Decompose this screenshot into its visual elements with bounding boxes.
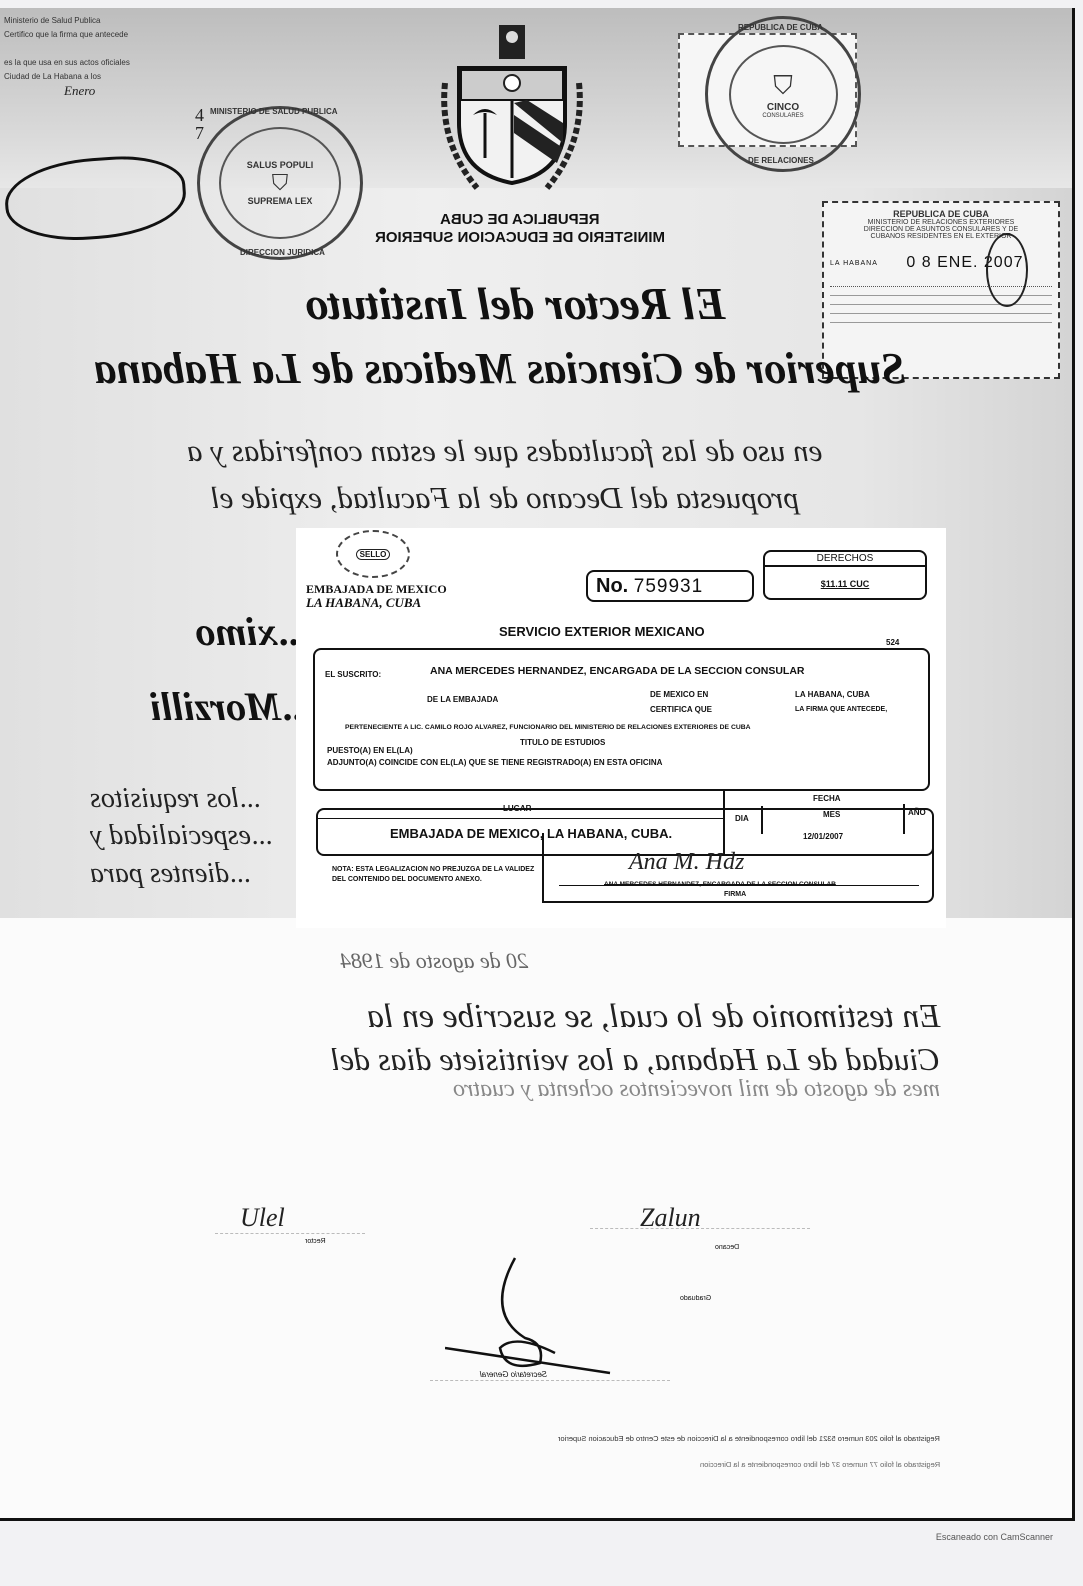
derechos-label: DERECHOS xyxy=(765,552,925,567)
lugar-label: LUGAR xyxy=(503,804,531,813)
minrex-seal: ⛉ CINCO CONSULARES REPUBLICA DE CUBA DE … xyxy=(705,16,861,172)
decano-signature: Zalun xyxy=(640,1203,701,1233)
closing-date: 20 de agosto de 1984 xyxy=(340,948,528,974)
mexican-legalization-stamp: SELLO EMBAJADA DE MEXICO LA HABANA, CUBA… xyxy=(296,528,946,928)
closing-line-3: mes de agosto de mil novecientos ochenta… xyxy=(453,1076,940,1103)
stamp-sub: CONSULARES xyxy=(762,113,803,119)
puesto-label: PUESTO(A) EN EL(LA) xyxy=(327,746,413,755)
registry-line-2: Registrado al folio 77 numero 37 del lib… xyxy=(700,1460,940,1469)
service-title: SERVICIO EXTERIOR MEXICANO xyxy=(499,624,705,639)
document-header: REPUBLICA DE CUBA MINISTERIO DE EDUCACIO… xyxy=(330,211,710,247)
seal-bottom-text: DIRECCION JURIDICA xyxy=(240,248,325,257)
seal-outer-text: REPUBLICA DE CUBA xyxy=(738,23,823,32)
documento-type: TITULO DE ESTUDIOS xyxy=(520,738,605,747)
derechos-value: $11.11 CUC xyxy=(765,579,925,589)
nota-label: NOTA: xyxy=(332,866,354,873)
stamp-value: CINCO xyxy=(767,102,799,113)
registry-line-1: Registrado al folio 203 numero 5321 del … xyxy=(558,1434,940,1443)
adjunto-text: ADJUNTO(A) COINCIDE CON EL(LA) QUE SE TI… xyxy=(327,758,662,767)
mes-label: MES xyxy=(823,810,840,819)
form-line: Ministerio de Salud Publica xyxy=(4,14,236,28)
page-number: 524 xyxy=(886,638,899,647)
dia-label: DIA xyxy=(735,814,749,823)
body-fragment: ...especialidad y xyxy=(90,820,272,852)
stamp-title: REPUBLICA DE CUBA xyxy=(830,209,1052,219)
header-ministry: MINISTERIO DE EDUCACION SUPERIOR xyxy=(375,229,665,247)
number-value: 759931 xyxy=(634,576,703,597)
closing-line-2: Ciudad de La Habana, a los veintisiete d… xyxy=(331,1041,940,1078)
body-fragment: ...ximo xyxy=(195,608,307,655)
body-fragment: ...dientes para xyxy=(90,858,250,890)
handwritten-signature: Ana M. Hdz xyxy=(629,849,744,876)
scanned-document: Ministerio de Salud Publica Certifico qu… xyxy=(0,8,1075,1521)
body-fragment: ...Morzilli xyxy=(150,683,311,730)
form-line: Certifico que la firma que antecede xyxy=(4,28,236,42)
suscrito-value: ANA MERCEDES HERNANDEZ, ENCARGADA DE LA … xyxy=(430,665,805,677)
form-month: Enero xyxy=(64,84,95,98)
certifica-que: CERTIFICA QUE xyxy=(650,705,712,714)
embassy-city: LA HABANA, CUBA xyxy=(306,596,447,609)
title-line-1: El Rector del Instituto xyxy=(305,278,725,330)
fecha-label: FECHA xyxy=(813,794,841,803)
ministry-certification-form: Ministerio de Salud Publica Certifico qu… xyxy=(0,8,240,148)
rector-label: Rector xyxy=(305,1238,326,1245)
header-country: REPUBLICA DE CUBA xyxy=(440,211,599,229)
form-line: Ciudad de La Habana a los xyxy=(4,72,101,81)
form-line: es la que usa en sus actos oficiales xyxy=(4,56,236,70)
seal-label: SELLO xyxy=(356,549,391,560)
de-mexico-en: DE MEXICO EN xyxy=(650,690,708,699)
embassy-seal-icon: SELLO xyxy=(336,530,410,578)
stamp-place: LA HABANA xyxy=(830,260,878,267)
stamp-line: DIRECCION DE ASUNTOS CONSULARES Y DE xyxy=(830,226,1052,233)
certification-box: EL SUSCRITO: ANA MERCEDES HERNANDEZ, ENC… xyxy=(313,648,930,791)
body-line-2: propuesta del Decano de la Facultad, exp… xyxy=(211,480,799,516)
body-fragment: ...los requisitos xyxy=(90,783,260,815)
suscrito-label: EL SUSCRITO: xyxy=(325,670,381,679)
secretario-signature-icon xyxy=(445,1253,615,1388)
nota-text: ESTA LEGALIZACION NO PREJUZGA DE LA VALI… xyxy=(332,866,534,883)
signature-box: Ana M. Hdz ANA MERCEDES HERNANDEZ, ENCAR… xyxy=(542,833,934,903)
seal-outer-text: MINISTERIO DE SALUD PUBLICA xyxy=(210,107,338,116)
signature-loop xyxy=(986,233,1028,307)
seal-motto-top: SALUS POPULI xyxy=(247,160,314,170)
stamp-line: MINISTERIO DE RELACIONES EXTERIORES xyxy=(830,219,1052,226)
title-line-2: Superior de Ciencias Medicas de La Haban… xyxy=(94,343,906,395)
shield-icon: ⛉ xyxy=(272,170,289,196)
derechos-box: DERECHOS $11.11 CUC xyxy=(763,550,927,600)
signer-name: ANA MERCEDES HERNANDEZ, ENCARGADA DE LA … xyxy=(604,881,836,888)
graduado-label: Graduado xyxy=(680,1295,711,1302)
city: LA HABANA, CUBA xyxy=(795,690,870,699)
seal-motto-bottom: SUPREMA LEX xyxy=(248,196,313,206)
firma-antecede: LA FIRMA QUE ANTECEDE, xyxy=(795,706,887,713)
number-label: No. xyxy=(596,575,628,597)
de-la-embajada: DE LA EMBAJADA xyxy=(427,695,498,704)
decano-label: Decano xyxy=(715,1244,739,1251)
shield-icon: ⛉ xyxy=(773,70,793,102)
perteneciente: PERTENECIENTE A LIC. CAMILO ROJO ALVAREZ… xyxy=(345,724,751,731)
seal-bottom-text: DE RELACIONES xyxy=(748,156,814,165)
camscanner-watermark: Escaneado con CamScanner xyxy=(936,1532,1053,1542)
body-line-1: en uso de las facultades que le estan co… xyxy=(187,433,822,469)
ano-label: AÑO xyxy=(908,808,926,817)
legalization-number: No. 759931 xyxy=(586,570,754,602)
closing-line-1: En testimonio de lo cual, se suscribe en… xyxy=(367,998,940,1036)
secretario-label: Secretario General xyxy=(480,1370,547,1379)
firma-label: FIRMA xyxy=(724,891,746,898)
cuba-coat-of-arms-icon xyxy=(437,23,587,193)
rector-signature: Ulel xyxy=(240,1203,285,1233)
